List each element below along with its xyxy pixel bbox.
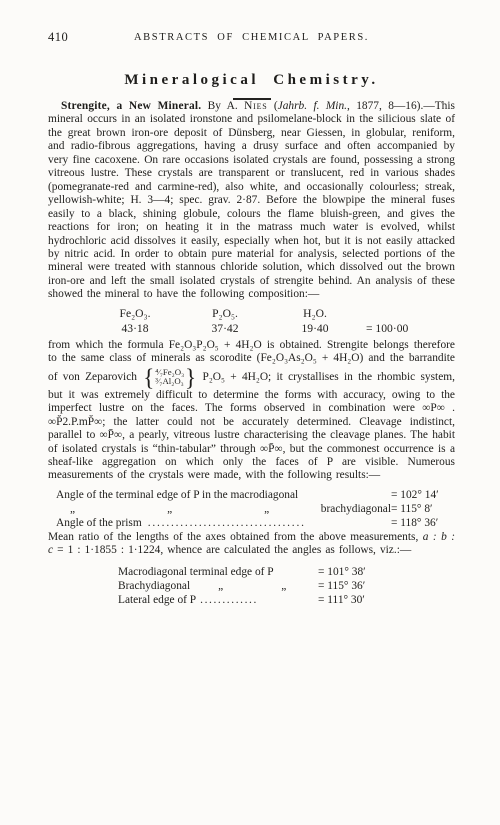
calc-label-text: Macrodiagonal terminal edge of P [118,565,274,579]
barrandite-formula: {⁴⁄₇Fe₂O₃³⁄₇Al₂O₃} [143,366,196,389]
composition-header-fe2o3: Fe₂O₃. [90,306,180,321]
journal-page: 410 ABSTRACTS OF CHEMICAL PAPERS. Minera… [0,0,500,825]
composition-total: = 100·00 [366,321,408,336]
dot-leader: ............. [200,593,314,607]
composition-header-row: Fe₂O₃. P₂O₅. H₂O. [48,306,455,321]
formula-left-brace: { [143,365,154,389]
ditto-mark: „ [281,579,286,593]
article-title: Strengite, a New Mineral. [61,100,201,112]
calc-row-lateral: Lateral edge of P............. = 111° 30… [118,593,455,607]
calc-label: Lateral edge of P............. [118,593,318,607]
angle-row-macrodiagonal: Angle of the terminal edge of P in the m… [56,489,455,503]
paragraph-text: P₂O₅ + 4H₂O; it crystallises in the rhom… [48,371,455,482]
angle-measurements: Angle of the terminal edge of P in the m… [48,489,455,531]
dot-leader: .................................. [148,517,387,531]
composition-header-h2o: H₂O. [270,306,360,321]
angle-label: brachydiagonal [321,503,391,517]
ditto-mark: „ [264,503,269,517]
formula-line-al2o3: ³⁄₇Al₂O₃ [155,377,184,387]
author-name: Nies [244,100,267,112]
journal-reference: Jahrb. f. Min. [278,100,347,112]
section-title: Mineralogical Chemistry. [48,72,455,89]
citation-open: ( [268,100,278,112]
paragraph-text: = 1 : 1·1855 : 1·1224, whence are calcul… [53,544,411,556]
calc-value: = 115° 36′ [318,579,365,593]
calc-row-macrodiagonal: Macrodiagonal terminal edge of P = 101° … [118,565,455,579]
calc-label: Brachydiagonal„„ [118,579,318,593]
calc-label-text: Lateral edge of P [118,593,196,607]
composition-table: Fe₂O₃. P₂O₅. H₂O. 43·18 37·42 19·40 = 10… [48,306,455,336]
page-number: 410 [48,30,68,45]
calc-value: = 111° 30′ [318,593,365,607]
composition-value-fe2o3: 43·18 [90,321,180,336]
paragraph-text: Mean ratio of the lengths of the axes ob… [48,531,423,543]
byline-text: By A. [201,100,244,112]
composition-header-p2o5: P₂O₅. [180,306,270,321]
calc-value: = 101° 38′ [318,565,366,579]
formula-right-brace: } [185,365,196,389]
calc-row-brachydiagonal: Brachydiagonal„„ = 115° 36′ [118,579,455,593]
axes-ratio-paragraph: Mean ratio of the lengths of the axes ob… [48,531,455,558]
ditto-mark: „ [167,503,172,517]
abstract-paragraph-2: from which the formula Fe₂O₃P₂O₅ + 4H₂O … [48,339,455,483]
formula-stack: ⁴⁄₇Fe₂O₃³⁄₇Al₂O₃ [154,368,185,387]
composition-value-row: 43·18 37·42 19·40 = 100·00 [48,321,455,336]
angle-row-prism: Angle of the prism .....................… [56,517,455,531]
angle-label: Angle of the terminal edge of P in the m… [56,489,298,503]
angle-row-brachydiagonal: „ „ „ brachydiagonal = 115° 8′ [56,503,455,517]
angle-value: = 115° 8′ [391,503,455,517]
angle-value: = 118° 36′ [391,517,455,531]
composition-value-h2o: 19·40 [270,321,360,336]
ditto-mark: „ [70,503,75,517]
calculated-angles: Macrodiagonal terminal edge of P = 101° … [118,565,455,608]
abstract-paragraph-1: Strengite, a New Mineral. By A. Nies (Ja… [48,100,455,302]
angle-label: Angle of the prism [56,517,142,531]
citation-close: , 1877, 8—16).— [347,100,435,112]
ditto-mark: „ [218,579,223,593]
angle-value: = 102° 14′ [391,489,455,503]
page-header: 410 ABSTRACTS OF CHEMICAL PAPERS. [48,30,455,47]
running-head: ABSTRACTS OF CHEMICAL PAPERS. [48,30,455,43]
calc-label: Macrodiagonal terminal edge of P [118,565,318,579]
calc-label-text: Brachydiagonal [118,579,190,593]
composition-value-p2o5: 37·42 [180,321,270,336]
paragraph-text: This mineral occurs in an isolated irons… [48,100,455,300]
